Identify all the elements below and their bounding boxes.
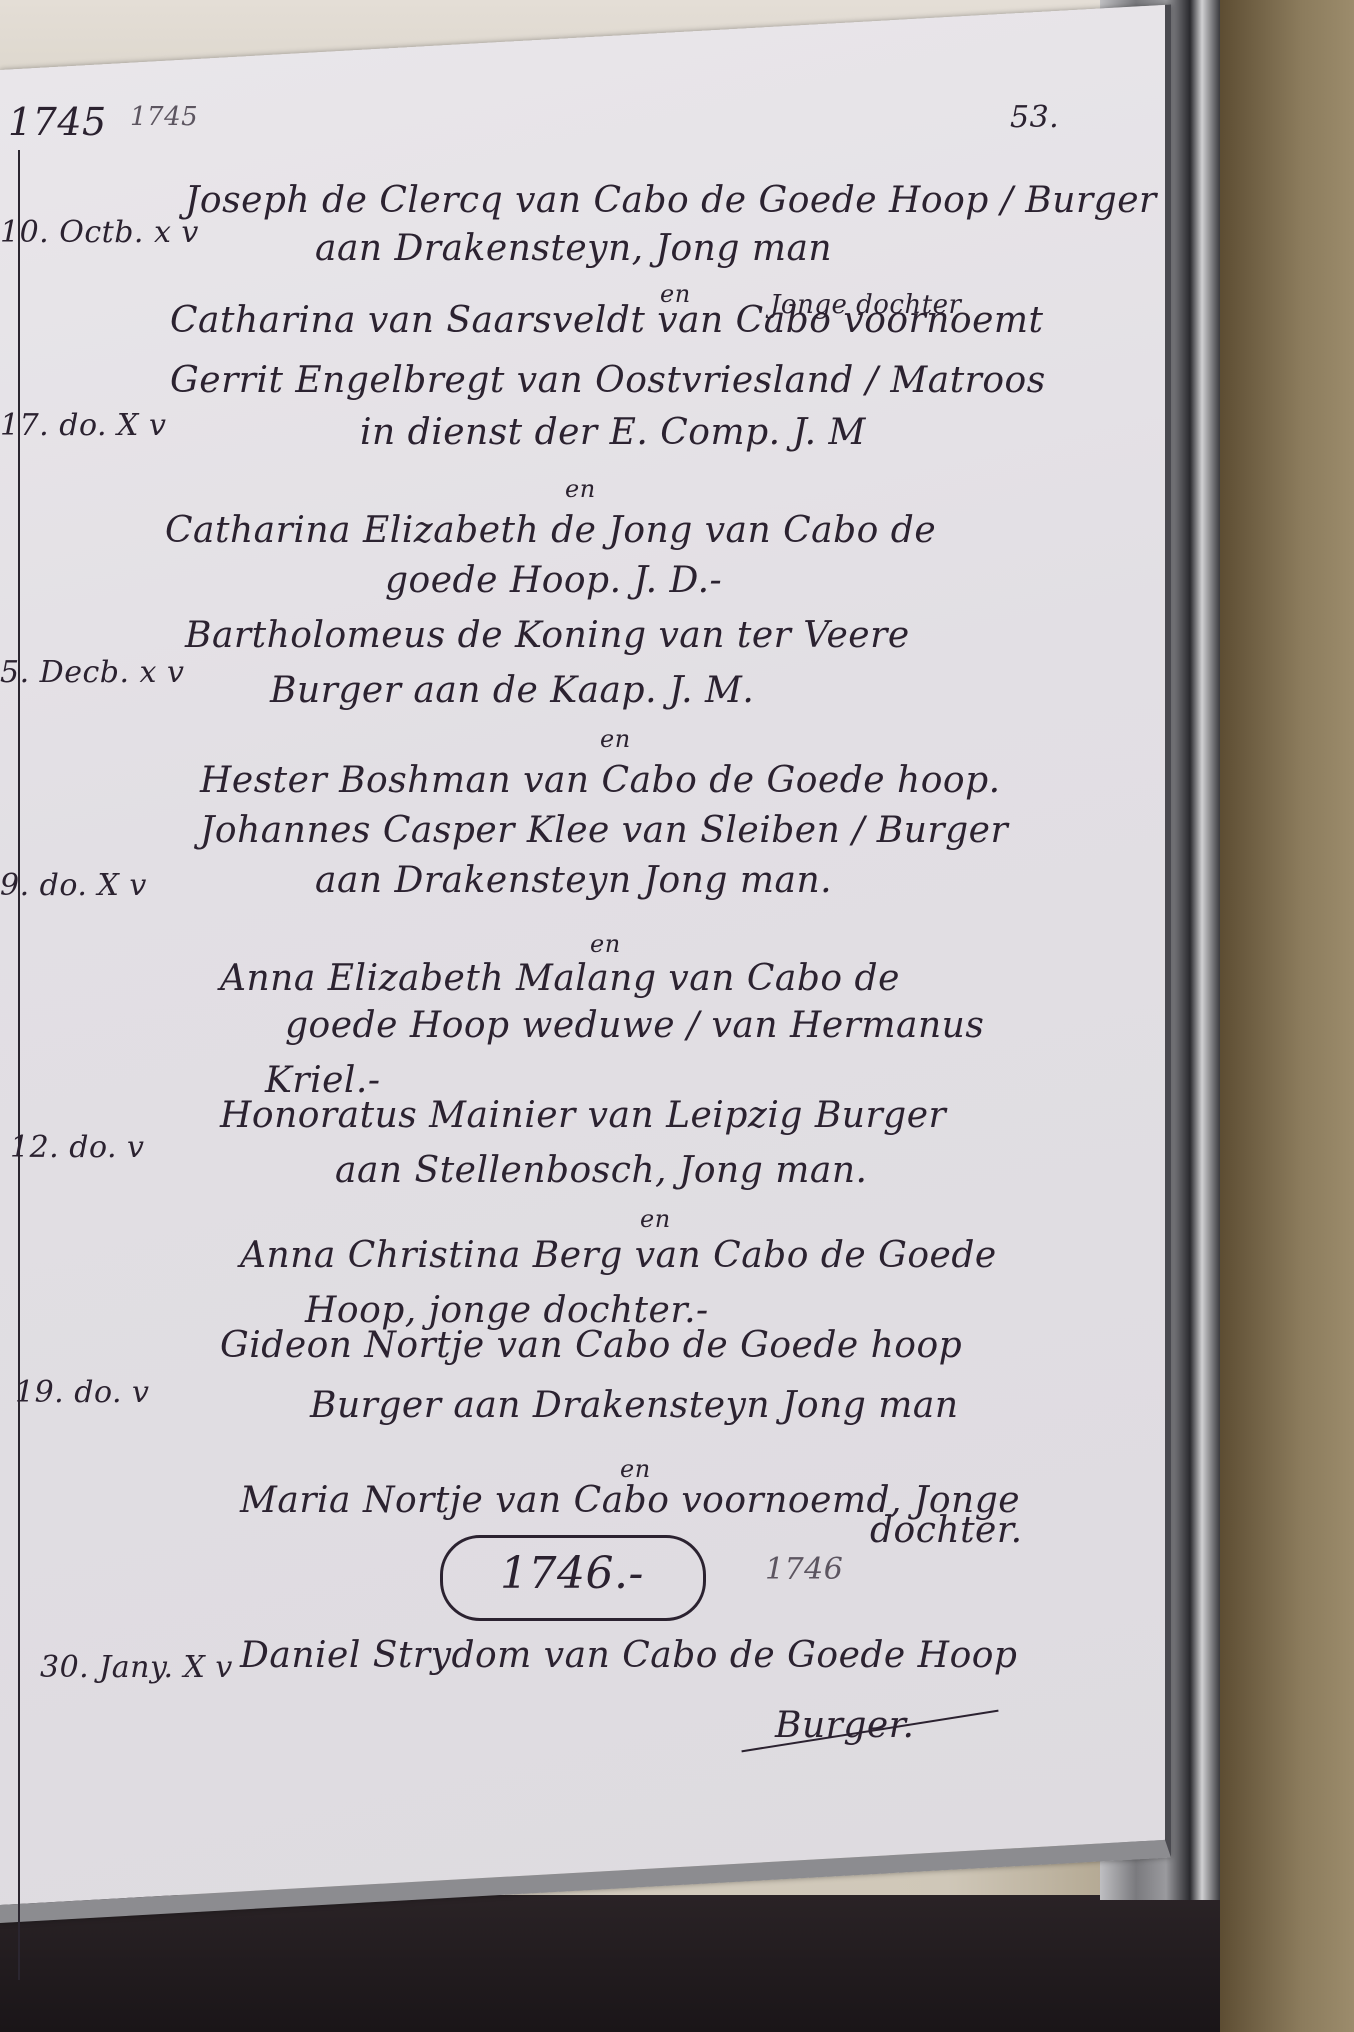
entry-margin-date: 30. Jany. X v bbox=[40, 1650, 233, 1685]
bride-line: Hester Boshman van Cabo de Goede hoop. bbox=[200, 760, 1001, 801]
groom-line: in dienst der E. Comp. J. M bbox=[360, 412, 866, 453]
year-divider-pencil: 1746 bbox=[765, 1552, 843, 1587]
year-heading: 1745 bbox=[8, 100, 107, 144]
groom-line: Burger aan de Kaap. J. M. bbox=[270, 670, 754, 711]
and-word: en bbox=[600, 725, 631, 753]
groom-line: Daniel Strydom van Cabo de Goede Hoop bbox=[240, 1635, 1017, 1676]
entry-margin-date: 10. Octb. x v bbox=[0, 215, 199, 250]
groom-line: Johannes Casper Klee van Sleiben / Burge… bbox=[200, 810, 1008, 851]
page-number: 53. bbox=[1010, 100, 1059, 135]
groom-line: Gerrit Engelbregt van Oostvriesland / Ma… bbox=[170, 360, 1046, 401]
and-word: en bbox=[590, 930, 621, 958]
year-heading-pencil: 1745 bbox=[130, 102, 198, 132]
groom-line: Burger aan Drakensteyn Jong man bbox=[310, 1385, 959, 1426]
entry-margin-date: 9. do. X v bbox=[0, 868, 147, 903]
groom-line: Gideon Nortje van Cabo de Goede hoop bbox=[220, 1325, 962, 1366]
entry-margin-date: 5. Decb. x v bbox=[0, 655, 184, 690]
and-word: en bbox=[620, 1455, 651, 1483]
entry-margin-date: 12. do. v bbox=[10, 1130, 145, 1165]
groom-line: Honoratus Mainier van Leipzig Burger bbox=[220, 1095, 946, 1136]
and-word: en bbox=[565, 475, 596, 503]
entry-margin-date: 19. do. v bbox=[15, 1375, 150, 1410]
bride-line: Jonge dochter bbox=[770, 290, 961, 320]
bride-line: dochter. bbox=[870, 1510, 1023, 1551]
and-word: en bbox=[640, 1205, 671, 1233]
bride-line: Anna Christina Berg van Cabo de Goede bbox=[240, 1235, 997, 1276]
groom-line: aan Drakensteyn, Jong man bbox=[315, 228, 832, 269]
bride-line: goede Hoop. J. D.- bbox=[385, 560, 722, 601]
bride-line: Anna Elizabeth Malang van Cabo de bbox=[220, 958, 900, 999]
groom-line: aan Stellenbosch, Jong man. bbox=[335, 1150, 867, 1191]
groom-line: aan Drakensteyn Jong man. bbox=[315, 860, 832, 901]
bride-line: goede Hoop weduwe / van Hermanus bbox=[285, 1005, 984, 1046]
bride-line: Catharina Elizabeth de Jong van Cabo de bbox=[165, 510, 936, 551]
groom-line: Joseph de Clercq van Cabo de Goede Hoop … bbox=[185, 180, 1157, 221]
entry-margin-date: 17. do. X v bbox=[0, 408, 166, 443]
year-divider: 1746.- bbox=[500, 1548, 644, 1599]
groom-line: Bartholomeus de Koning van ter Veere bbox=[185, 615, 910, 656]
book-cover bbox=[0, 1895, 1220, 2032]
